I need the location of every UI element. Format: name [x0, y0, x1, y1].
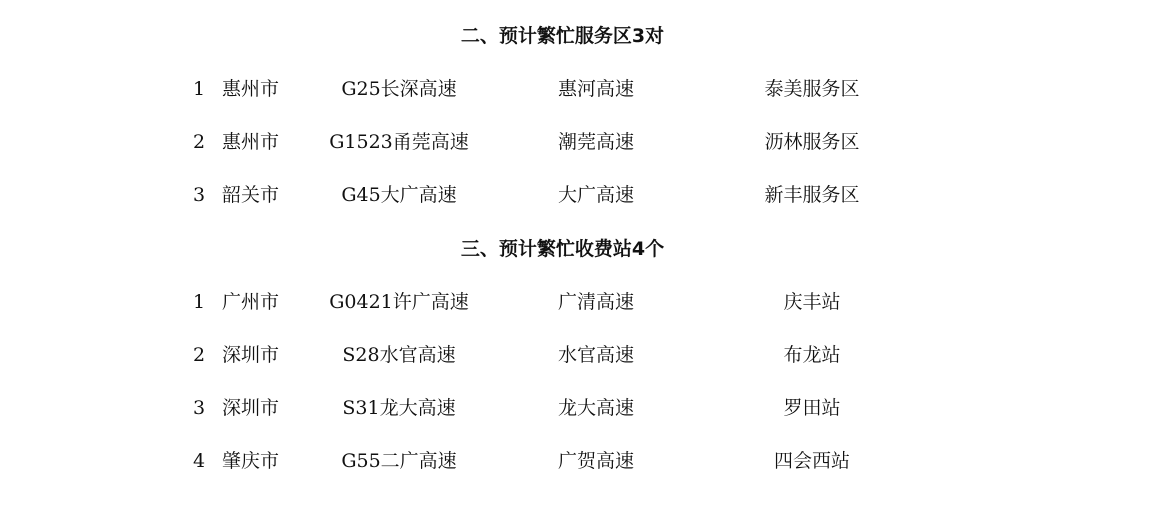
row-number: 4 [193, 448, 205, 474]
toll-station-row: 3 深圳市 S31龙大高速 龙大高速 罗田站 [0, 395, 1170, 421]
service-area: 泰美服务区 [764, 76, 859, 102]
toll-station: 四会西站 [774, 448, 850, 474]
road-section: 水官高速 [558, 342, 634, 368]
toll-station-row: 2 深圳市 S28水官高速 水官高速 布龙站 [0, 342, 1170, 368]
section-3-title: 三、预计繁忙收费站4个 [0, 237, 1125, 261]
service-area-row: 1 惠州市 G25长深高速 惠河高速 泰美服务区 [0, 76, 1170, 102]
city: 韶关市 [222, 182, 279, 208]
road-section: 广清高速 [558, 289, 634, 315]
row-number: 3 [193, 182, 205, 208]
road-section: 龙大高速 [558, 395, 634, 421]
expressway: S28水官高速 [342, 342, 455, 368]
row-number: 3 [193, 395, 205, 421]
expressway: G45大广高速 [341, 182, 456, 208]
city: 肇庆市 [222, 448, 279, 474]
service-area: 沥林服务区 [764, 129, 859, 155]
expressway: G0421许广高速 [329, 289, 469, 315]
row-number: 1 [193, 76, 205, 102]
toll-station: 罗田站 [783, 395, 840, 421]
toll-station-row: 1 广州市 G0421许广高速 广清高速 庆丰站 [0, 289, 1170, 315]
city: 惠州市 [222, 129, 279, 155]
row-number: 2 [193, 342, 205, 368]
row-number: 1 [193, 289, 205, 315]
city: 深圳市 [222, 395, 279, 421]
service-area-row: 3 韶关市 G45大广高速 大广高速 新丰服务区 [0, 182, 1170, 208]
road-section: 惠河高速 [558, 76, 634, 102]
expressway: G25长深高速 [341, 76, 456, 102]
city: 广州市 [222, 289, 279, 315]
service-area: 新丰服务区 [764, 182, 859, 208]
expressway: S31龙大高速 [342, 395, 455, 421]
service-area-row: 2 惠州市 G1523甬莞高速 潮莞高速 沥林服务区 [0, 129, 1170, 155]
road-section: 潮莞高速 [558, 129, 634, 155]
section-2-title: 二、预计繁忙服务区3对 [0, 24, 1125, 48]
city: 深圳市 [222, 342, 279, 368]
expressway: G1523甬莞高速 [329, 129, 469, 155]
road-section: 广贺高速 [558, 448, 634, 474]
toll-station-row: 4 肇庆市 G55二广高速 广贺高速 四会西站 [0, 448, 1170, 474]
road-section: 大广高速 [558, 182, 634, 208]
toll-station: 布龙站 [783, 342, 840, 368]
city: 惠州市 [222, 76, 279, 102]
toll-station: 庆丰站 [783, 289, 840, 315]
row-number: 2 [193, 129, 205, 155]
expressway: G55二广高速 [341, 448, 456, 474]
